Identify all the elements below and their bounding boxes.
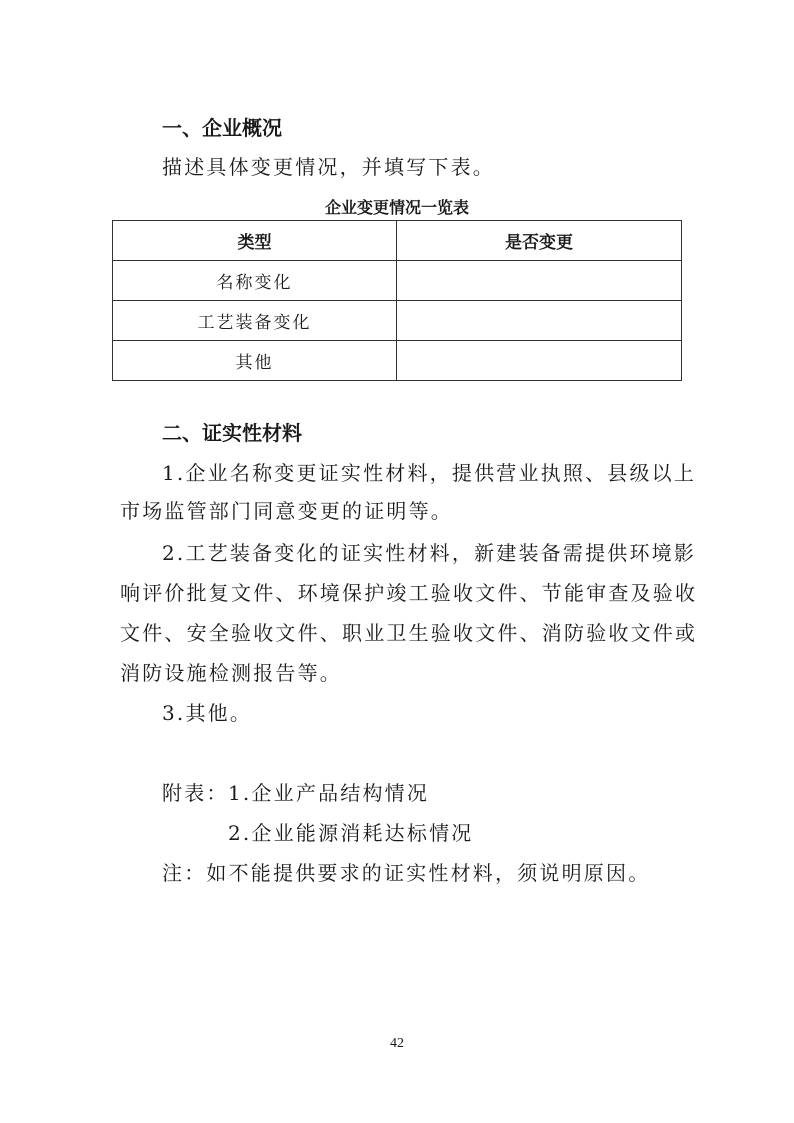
evidence-line: 消防设施检测报告等。	[120, 657, 342, 686]
page-number: 42	[0, 1036, 794, 1052]
change-summary-table: 类型 是否变更 名称变化 工艺装备变化 其他	[112, 220, 682, 381]
evidence-line: 2.工艺装备变化的证实性材料，新建装备需提供环境影	[162, 537, 696, 566]
evidence-line: 1.企业名称变更证实性材料，提供营业执照、县级以上	[162, 457, 696, 486]
evidence-line: 市场监管部门同意变更的证明等。	[120, 495, 453, 524]
column-header-type: 类型	[113, 221, 397, 261]
table-row: 名称变化	[113, 261, 682, 301]
table-header-row: 类型 是否变更	[113, 221, 682, 261]
table-row: 其他	[113, 341, 682, 381]
appendix-item: 2.企业能源消耗达标情况	[228, 817, 473, 846]
cell-type: 其他	[113, 341, 397, 381]
appendix-label: 附表：	[162, 777, 229, 806]
evidence-line: 3.其他。	[162, 697, 252, 726]
cell-changed[interactable]	[397, 261, 682, 301]
cell-changed[interactable]	[397, 301, 682, 341]
section-heading-overview: 一、企业概况	[162, 112, 282, 141]
evidence-line: 响评价批复文件、环境保护竣工验收文件、节能审查及验收	[120, 577, 697, 606]
cell-type: 名称变化	[113, 261, 397, 301]
column-header-changed: 是否变更	[397, 221, 682, 261]
table-row: 工艺装备变化	[113, 301, 682, 341]
cell-type: 工艺装备变化	[113, 301, 397, 341]
overview-intro: 描述具体变更情况，并填写下表。	[162, 151, 495, 180]
note-text: 注：如不能提供要求的证实性材料，须说明原因。	[162, 857, 650, 886]
section-heading-evidence: 二、证实性材料	[162, 417, 302, 446]
table-caption: 企业变更情况一览表	[0, 195, 794, 218]
evidence-line: 文件、安全验收文件、职业卫生验收文件、消防验收文件或	[120, 617, 697, 646]
appendix-item: 1.企业产品结构情况	[228, 777, 429, 806]
cell-changed[interactable]	[397, 341, 682, 381]
